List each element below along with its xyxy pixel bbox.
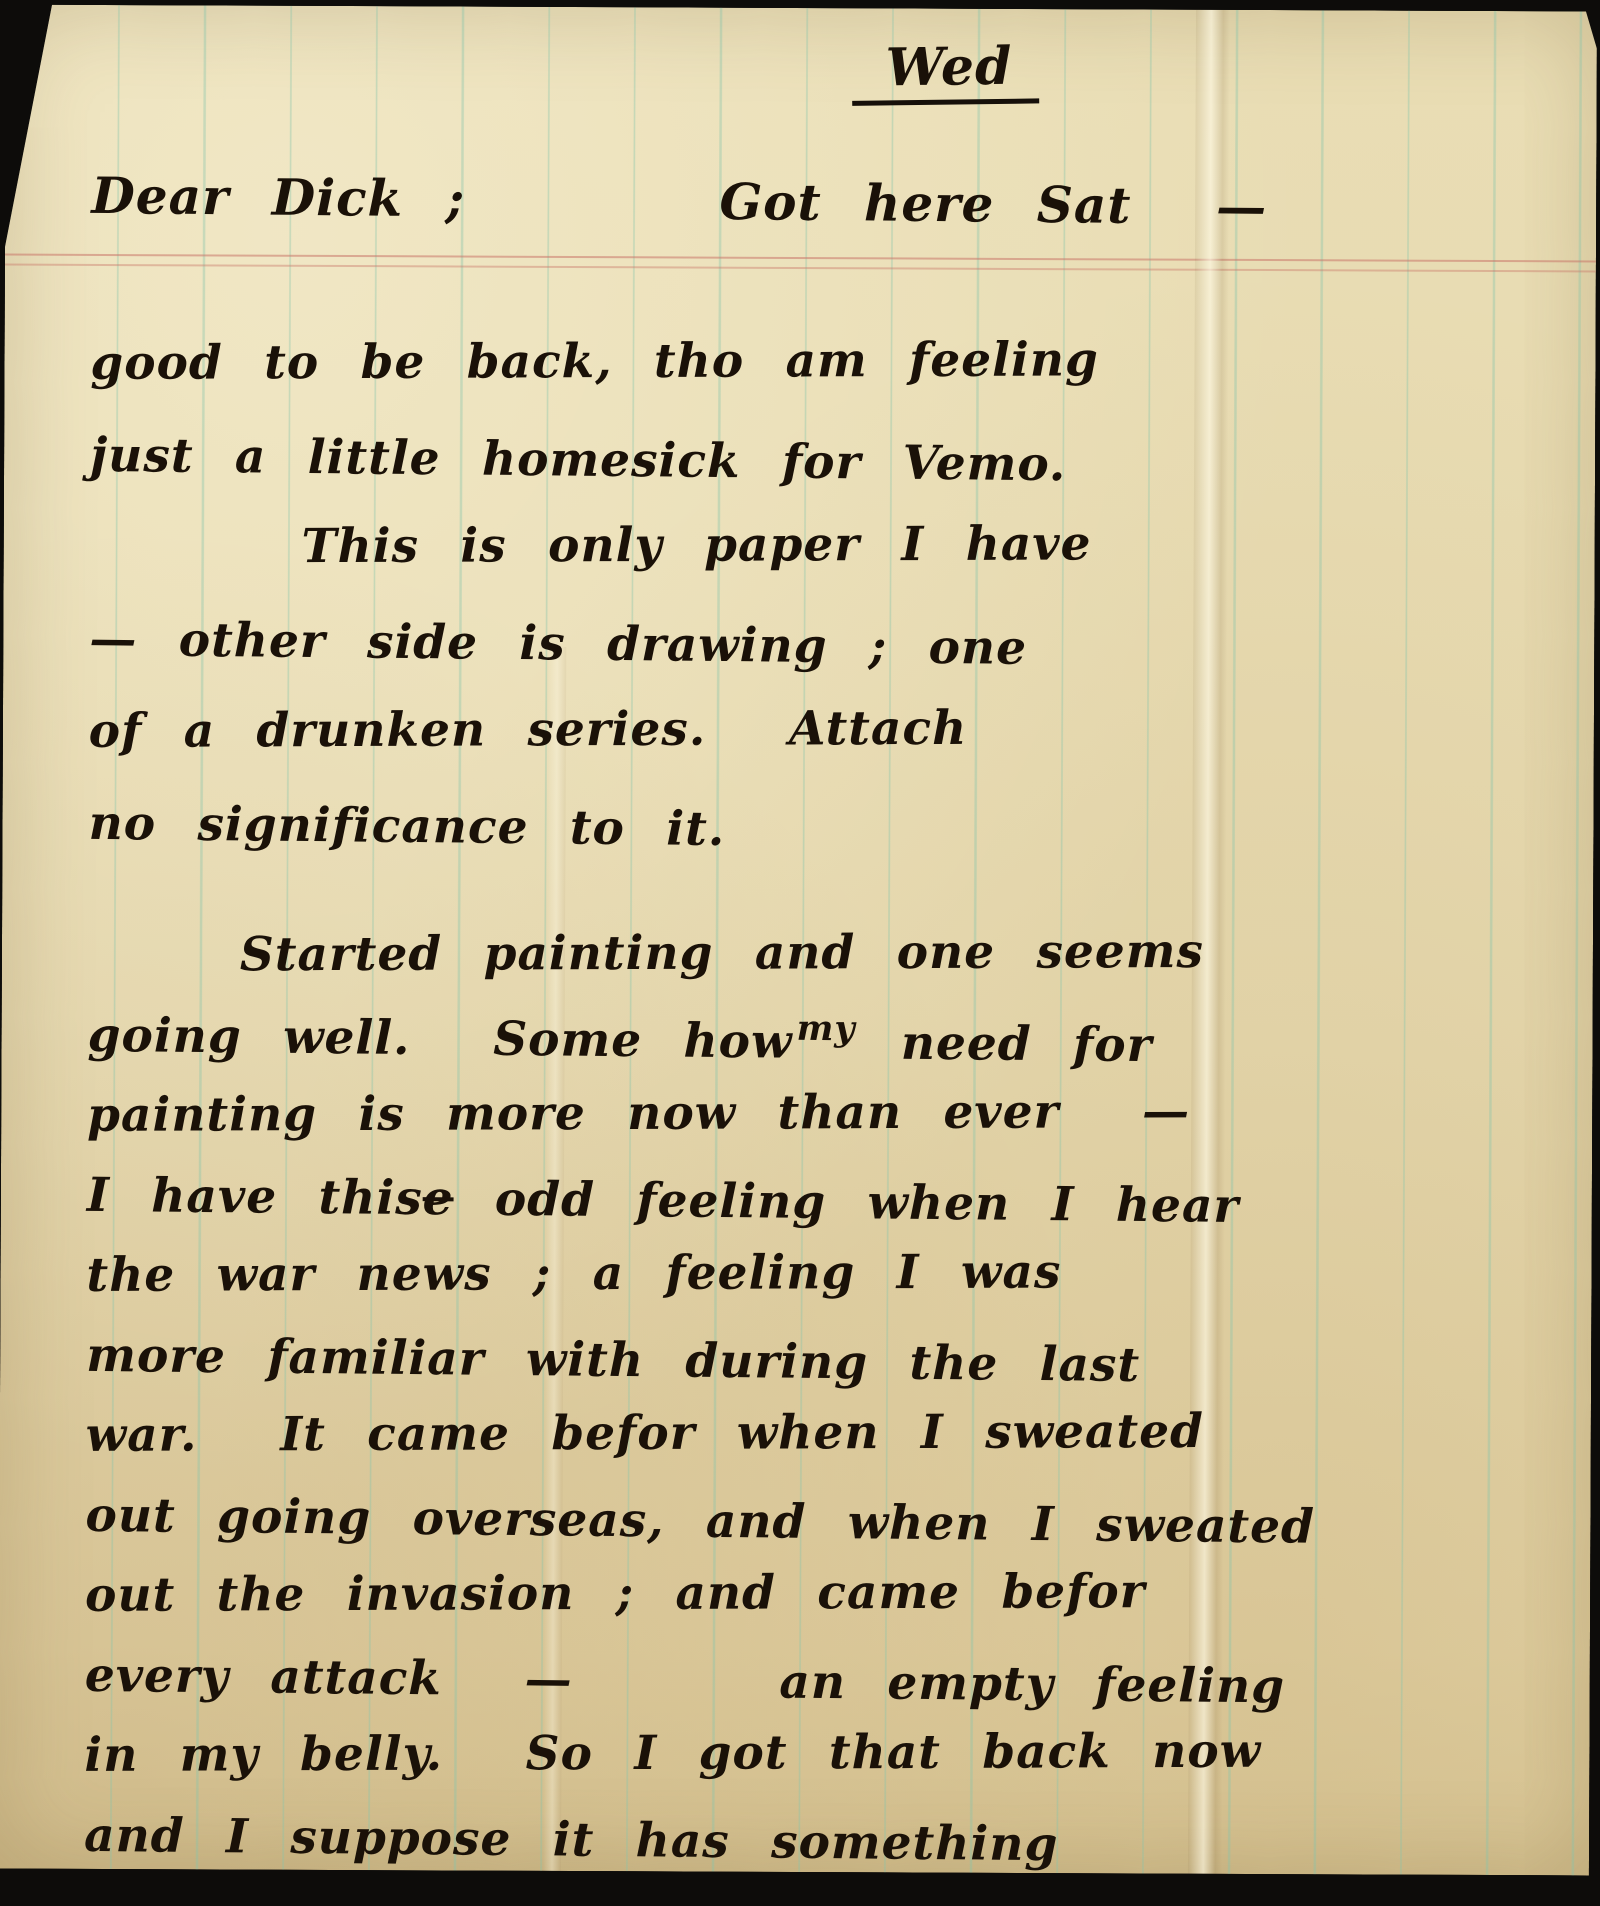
letter-line-14: war. It came befor when I sweated bbox=[86, 1403, 1555, 1488]
letter-line-6: of a drunken series. Attach bbox=[89, 699, 1558, 796]
letter-page: Wed Dear Dick ; Got here Sat — good to b… bbox=[0, 5, 1597, 1876]
letter-line-18: in my belly. So I got that back now bbox=[84, 1723, 1553, 1808]
letter-line-4: This is only paper I have bbox=[89, 515, 1558, 612]
line-9-after: need for bbox=[859, 1015, 1152, 1073]
letter-body: Wed Dear Dick ; Got here Sat — good to b… bbox=[84, 33, 1561, 1894]
scan-backdrop: Wed Dear Dick ; Got here Sat — good to b… bbox=[0, 0, 1600, 1906]
heading-row: Wed bbox=[91, 33, 1560, 144]
line-11-before: I have this bbox=[87, 1168, 423, 1226]
date-heading: Wed bbox=[851, 35, 1038, 105]
letter-line-8: Started painting and one seems bbox=[88, 923, 1557, 1008]
letter-line-19: and I suppose it has something bbox=[84, 1808, 1554, 1902]
struck-letter: e bbox=[422, 1171, 453, 1226]
letter-line-2: good to be back, tho am feeling bbox=[90, 331, 1559, 428]
inserted-word: my bbox=[792, 1008, 859, 1050]
letter-line-1: Dear Dick ; Got here Sat — bbox=[90, 138, 1561, 350]
letter-line-16: out the invasion ; and came befor bbox=[85, 1563, 1554, 1648]
letter-line-12: the war news ; a feeling I was bbox=[86, 1243, 1555, 1328]
line-11-after: odd feeling when I hear bbox=[453, 1171, 1239, 1234]
letter-line-10: painting is more now than ever — bbox=[87, 1083, 1556, 1168]
line-9-before: going well. Some how bbox=[87, 1008, 792, 1070]
letter-line-7: no significance to it. bbox=[88, 796, 1558, 902]
